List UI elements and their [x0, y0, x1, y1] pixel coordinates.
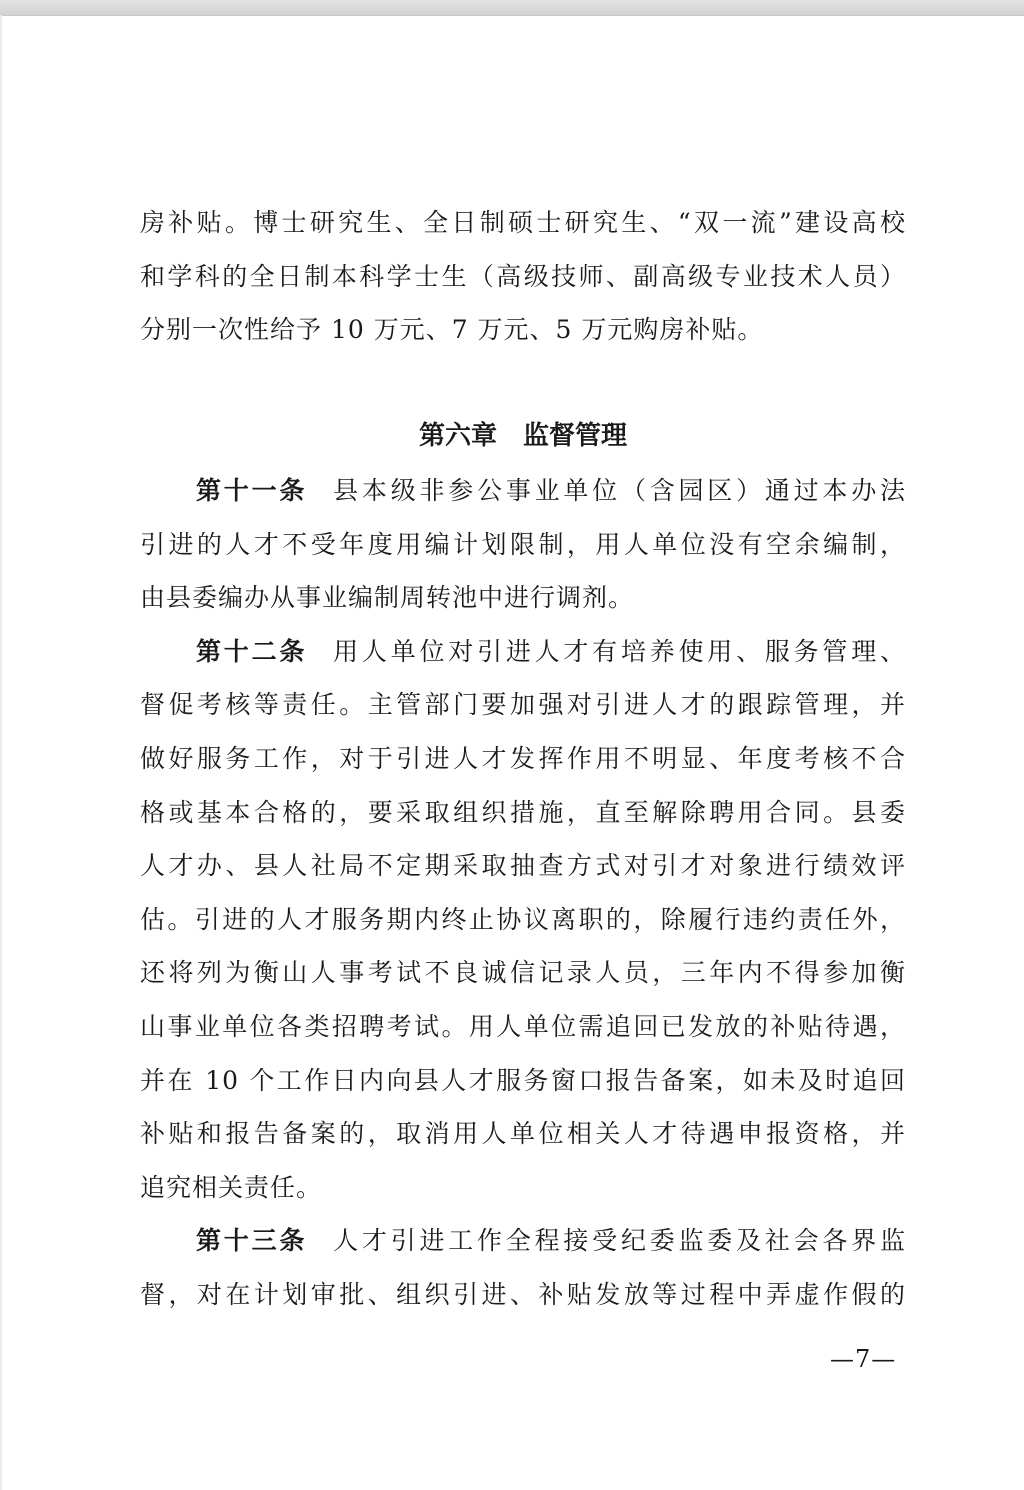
chapter-number: 第六章 — [419, 421, 497, 451]
body-line: 补贴和报告备案的，取消用人单位相关人才待遇申报资格，并 — [140, 1107, 906, 1161]
article-label: 第十三条 — [196, 1226, 307, 1255]
article-label: 第十一条 — [196, 476, 307, 505]
body-line: 人才办、县人社局不定期采取抽查方式对引才对象进行绩效评 — [140, 839, 906, 893]
document-page: 房补贴。博士研究生、全日制硕士研究生、“双一流”建设高校 和学科的全日制本科学士… — [140, 196, 906, 1321]
article-12-first-line: 第十二条用人单位对引进人才有培养使用、服务管理、 — [140, 625, 906, 679]
chapter-title: 监督管理 — [523, 421, 627, 451]
body-line: 督促考核等责任。主管部门要加强对引进人才的跟踪管理，并 — [140, 678, 906, 732]
body-line: 估。引进的人才服务期内终止协议离职的，除履行违约责任外， — [140, 893, 906, 947]
body-line: 和学科的全日制本科学士生（高级技师、副高级专业技术人员） — [140, 250, 906, 304]
body-line: 并在 10 个工作日内向县人才服务窗口报告备案，如未及时追回 — [140, 1054, 906, 1108]
body-line: 做好服务工作，对于引进人才发挥作用不明显、年度考核不合 — [140, 732, 906, 786]
body-line: 格或基本合格的，要采取组织措施，直至解除聘用合同。县委 — [140, 786, 906, 840]
body-line: 追究相关责任。 — [140, 1161, 906, 1215]
body-line: 由县委编办从事业编制周转池中进行调剂。 — [140, 571, 906, 625]
article-13-first-line: 第十三条人才引进工作全程接受纪委监委及社会各界监 — [140, 1214, 906, 1268]
body-line: 房补贴。博士研究生、全日制硕士研究生、“双一流”建设高校 — [140, 196, 906, 250]
body-line: 引进的人才不受年度用编计划限制，用人单位没有空余编制， — [140, 518, 906, 572]
page-number: —7— — [830, 1345, 896, 1373]
article-11-first-line: 第十一条县本级非参公事业单位（含园区）通过本办法 — [140, 464, 906, 518]
body-line: 山事业单位各类招聘考试。用人单位需追回已发放的补贴待遇， — [140, 1000, 906, 1054]
chapter-heading: 第六章监督管理 — [140, 410, 906, 464]
body-line: 督，对在计划审批、组织引进、补贴发放等过程中弄虚作假的 — [140, 1268, 906, 1322]
page-left-edge — [0, 15, 2, 1490]
article-label: 第十二条 — [196, 637, 307, 666]
viewer-top-bar — [0, 0, 1024, 16]
body-line: 还将列为衡山人事考试不良诚信记录人员，三年内不得参加衡 — [140, 946, 906, 1000]
body-line: 分别一次性给予 10 万元、7 万元、5 万元购房补贴。 — [140, 303, 906, 357]
